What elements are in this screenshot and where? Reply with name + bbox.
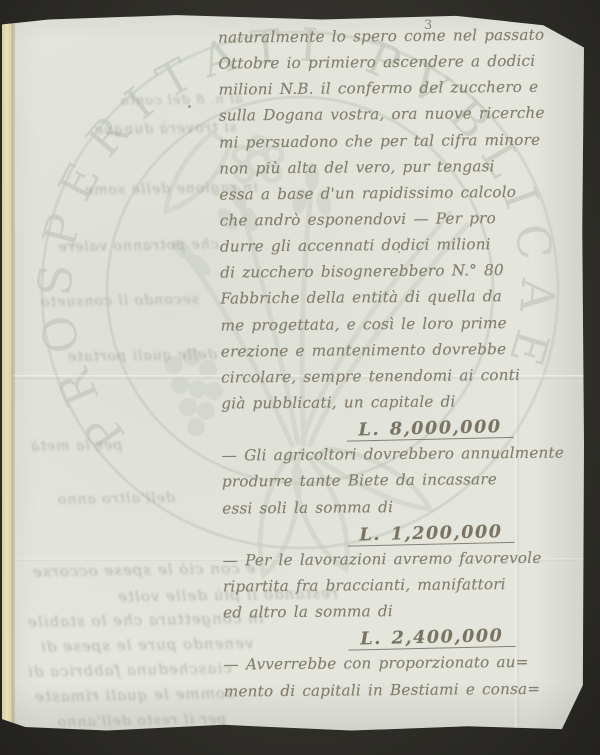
amount-line: L. 8,000,000	[221, 418, 579, 447]
text-line: mento di capitali in Bestiami e consa=	[224, 679, 582, 708]
text-line: — Gli agricoltori dovrebbero annualmente	[222, 444, 580, 473]
bleed-through-line: per la metà	[30, 437, 122, 455]
bleed-through-line: secondo il consueto	[40, 292, 199, 311]
text-line: essi soli la somma di	[222, 496, 580, 525]
bleed-through-line: ciascheduna fabbrica di	[27, 659, 232, 681]
text-line: — Avverrebbe con proporzionato au=	[224, 653, 582, 682]
bleed-through-line: si troverà dunque	[94, 120, 237, 138]
ink-speck	[398, 251, 400, 253]
text-line: produrre tante Biete da incassare	[222, 470, 580, 499]
text-line: sulla Dogana vostra, ora nuove ricerche	[219, 104, 577, 133]
text-line: milioni N.B. il confermo del zucchero e	[218, 78, 576, 107]
binding-strip	[2, 13, 13, 732]
text-line: — Per le lavorazioni avremo favorevole	[223, 548, 581, 577]
bleed-through-line: somme le quali rimaste	[34, 684, 234, 705]
text-line: già pubblicati, un capitale di	[221, 391, 579, 420]
ink-speck	[188, 105, 191, 108]
underlined-amount: L. 1,200,000	[348, 522, 516, 547]
text-line: naturalmente lo spero come nel passato	[218, 25, 576, 54]
bleed-through-line: per il resto dell'anno	[57, 712, 227, 731]
text-line: circolare, sempre tenendomi ai conti	[221, 365, 579, 394]
text-line: che andrò esponendovi — Per pro	[220, 208, 578, 237]
amount-line: L. 2,400,000	[223, 627, 581, 656]
scanned-manuscript-page: PROSPERITATI PVBLICAE	[0, 0, 600, 755]
bleed-through-line: delle quali portate	[67, 347, 217, 366]
text-line: Fabbriche della entità di quella da	[220, 287, 578, 316]
text-line: di zucchero bisognerebbero N.° 80	[220, 261, 578, 290]
underlined-amount: L. 2,400,000	[349, 626, 517, 651]
text-line: me progettata, e così le loro prime	[221, 313, 579, 342]
bleed-through-line: che potranno valere	[57, 237, 219, 256]
bleed-through-line: dell'altro anno	[57, 490, 175, 508]
text-line: ed altro la somma di	[223, 601, 581, 630]
text-line: Ottobre io primiero ascendere a dodici	[218, 52, 576, 81]
manuscript-sheet: PROSPERITATI PVBLICAE	[2, 13, 584, 732]
text-line: non più alta del vero, pur tengasi	[219, 156, 577, 185]
bleed-through-line: venendo pure le spese di	[40, 634, 254, 656]
text-line: erezione e mantenimento dovrebbe	[221, 339, 579, 368]
amount-line: L. 1,200,000	[222, 522, 580, 551]
text-line: durre gli accennati dodici milioni	[220, 235, 578, 264]
underlined-amount: L. 8,000,000	[347, 417, 515, 442]
text-line: essa a base d'un rapidissimo calcolo	[219, 182, 577, 211]
manuscript-text: naturalmente lo spero come nel passatoOt…	[218, 25, 582, 708]
text-line: mi persuadono che per tal cifra minore	[219, 130, 577, 159]
text-line: ripartita fra braccianti, manifattori	[223, 574, 581, 603]
